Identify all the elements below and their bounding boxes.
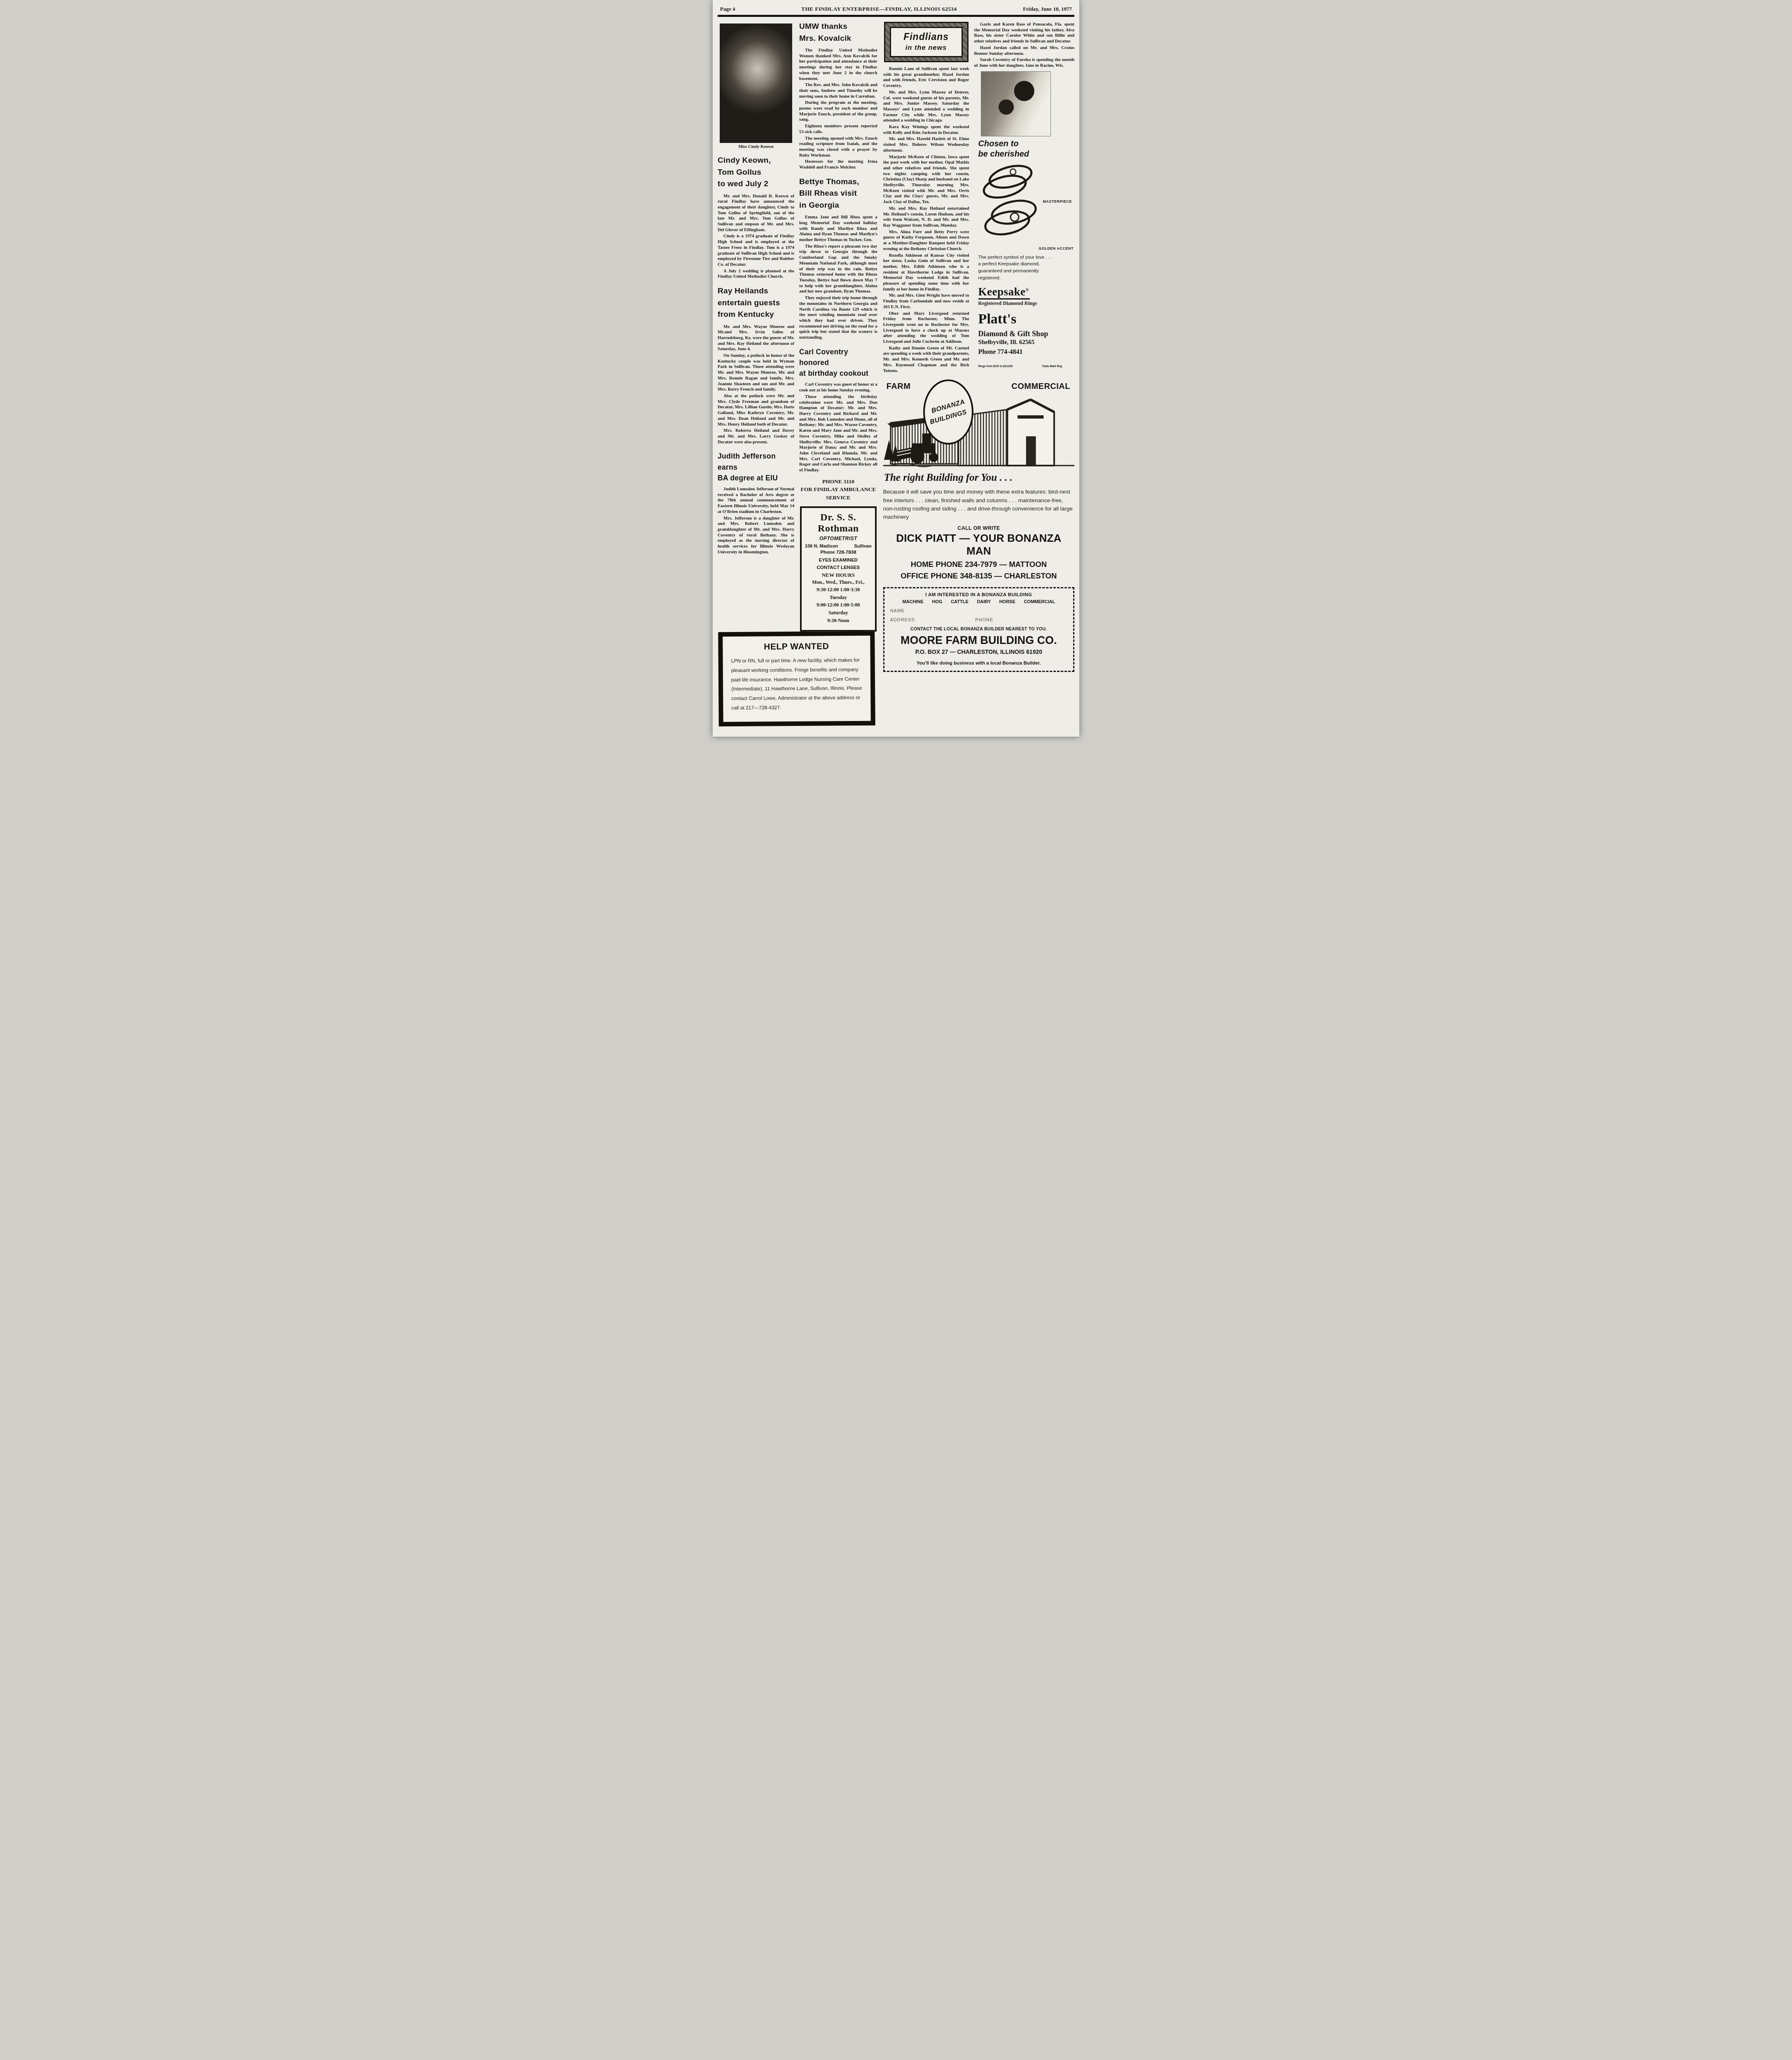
paragraph: Mrs. Alma Furr and Betty Perry were gues…: [883, 229, 969, 252]
rothman-role: OPTOMETRIST: [805, 536, 872, 541]
bonanza-buildings-logo: BONANZA BUILDINGS: [923, 379, 973, 445]
paragraph: Gayle and Karen Bass of Pensacola, Fla. …: [974, 22, 1074, 44]
help-wanted-body: LPN or RN, full or part time. A new faci…: [731, 655, 863, 713]
ambulance-notice: PHONE 3110 FOR FINDLAY AMBULANCE SERVICE: [799, 478, 877, 502]
barn-illustration: [883, 391, 1074, 469]
rothman-service: EYES EXAMINED: [805, 557, 872, 564]
bonanza-commercial-label: COMMERCIAL: [1011, 382, 1070, 391]
ring-label-golden-accent: GOLDEN ACCENT: [1039, 246, 1074, 250]
paragraph: Mrs. Jefferson is a daughter of Mr. and …: [718, 516, 794, 555]
paragraph: They enjoyed their trip home through the…: [799, 295, 877, 341]
coupon-company-address: P.O. BOX 27 — CHARLESTON, ILLINOIS 61920: [890, 648, 1067, 655]
paragraph: Those attending the birthday celebration…: [799, 394, 877, 473]
keepsake-logo: Keepsake®: [978, 286, 1030, 300]
paragraph: Sarah Coventry of Eureka is spending the…: [974, 57, 1074, 68]
rothman-ad: Dr. S. S. Rothman OPTOMETRIST 106 N. Mad…: [800, 506, 877, 632]
paragraph: On Sunday, a potluck in honor of the Ken…: [718, 353, 794, 393]
ad-headline: Chosen to be cherished: [978, 139, 1074, 159]
keepsake-ad: Chosen to be cherished: [974, 70, 1074, 368]
paragraph: Cindy is a 1974 graduate of Findlay High…: [718, 234, 794, 267]
headline-heilands: Ray Heilands entertain guests from Kentu…: [718, 286, 794, 321]
newspaper-page: Page 4 THE FINDLAY ENTERPRISE—FINDLAY, I…: [713, 0, 1079, 737]
coupon-contact-line: CONTACT THE LOCAL BONANZA BUILDER NEARES…: [890, 627, 1067, 632]
paragraph: Mr. and Mrs. Ray Heiland entertained Mr.…: [883, 206, 969, 229]
paragraph: Kathy and Donnie Green of Mt. Carmel are…: [883, 346, 969, 374]
paragraph: Mrs. Roberta Heiland and Davey and Mr. a…: [718, 428, 794, 445]
ad-couple-photo: [981, 71, 1051, 136]
bonanza-tagline: The right Building for You . . .: [884, 472, 1074, 484]
issue-date: Friday, June 10, 1977: [1023, 6, 1072, 12]
rothman-hours-line: Tuesday: [805, 594, 872, 602]
bonanza-ad: FARM COMMERCIAL BONANZA BUILDINGS: [883, 380, 1074, 581]
paragraph: The Rev. and Mrs. John Kovalcik and thei…: [799, 82, 877, 99]
bonanza-coupon: I AM INTERESTED IN A BONANZA BUILDING MA…: [883, 587, 1074, 672]
paragraph: Ronnie Lane of Sullivan spent last week …: [883, 66, 969, 89]
rothman-city: Sullivan: [854, 544, 871, 549]
paragraph: Eighteen members present reported 53 sic…: [799, 124, 877, 135]
bonanza-body: Because it will save you time and money …: [883, 488, 1074, 521]
paragraph: Mr. and Mrs. Glen Wright have moved to F…: [883, 293, 969, 310]
headline-cookout: Carl Coventry honored at birthday cookou…: [799, 346, 877, 379]
paragraph: The Findlay United Methodist Women thank…: [799, 48, 877, 82]
newspaper-title: THE FINDLAY ENTERPRISE—FINDLAY, ILLINOIS…: [801, 6, 957, 12]
findlians-title: Findlians: [893, 31, 960, 42]
store-line: Shelbyville, Ill. 62565: [978, 339, 1074, 346]
bonanza-office-phone: OFFICE PHONE 348-8135 — CHARLESTON: [883, 571, 1074, 581]
ambulance-phone: PHONE 3110: [799, 478, 877, 486]
coupon-name-field: NAME: [890, 609, 1067, 613]
paragraph: Mr. and Mrs. Donald R. Keown of rural Fi…: [718, 194, 794, 233]
paragraph: Judith Lumsden Jefferson of Normal recei…: [718, 487, 794, 515]
rothman-phone: Phone 728-7838: [805, 549, 872, 556]
paragraph: A July 2 wedding is planned at the Findl…: [718, 269, 794, 280]
paragraph: Mr. and Mrs. Lynn Massey of Denver, Col.…: [883, 90, 969, 124]
ambulance-service: FOR FINDLAY AMBULANCE SERVICE: [799, 485, 877, 501]
headline-wedding: Cindy Keown, Tom Gollus to wed July 2: [718, 155, 794, 190]
paragraph: Mr. and Mrs. Harold Haslett of St. Elmo …: [883, 136, 969, 153]
rothman-hours-line: 9:00-12:00 1:00-5:00: [805, 601, 872, 609]
keepsake-sub: Registered Diamond Rings: [978, 300, 1074, 307]
store-line: Diamond & Gift Shop: [978, 330, 1074, 338]
rothman-address: 106 N. Madison: [805, 544, 838, 549]
ring-label-masterpiece: MASTERPIECE: [1043, 199, 1072, 204]
coupon-phone-field: PHONE: [975, 618, 993, 623]
paragraph: The Rhea's report a pleasant two day tri…: [799, 244, 877, 295]
paragraph: Kara Kay Winings spent the weekend with …: [883, 124, 969, 136]
paragraph: Ober and Mary Livergood returned Friday …: [883, 311, 969, 345]
findlians-subtitle: in the news: [893, 44, 960, 52]
ad-fineprint-trademark: Trade-Mark Reg.: [1042, 365, 1063, 368]
coupon-interest-line: I AM INTERESTED IN A BONANZA BUILDING: [890, 592, 1067, 597]
paragraph: Marjorie McKeen of Clinton, Iowa spent t…: [883, 154, 969, 205]
photo-caption: Miss Cindy Keown: [718, 145, 794, 149]
rothman-hours-line: Saturday: [805, 609, 872, 617]
rothman-hours-line: Mon., Wed., Thurs., Fri.,: [805, 578, 872, 586]
bonanza-dealer-name: DICK PIATT — YOUR BONANZA MAN: [883, 532, 1074, 557]
coupon-address-field: ADDRESS: [890, 618, 915, 623]
coupon-company-name: MOORE FARM BUILDING CO.: [890, 634, 1067, 647]
bonanza-farm-label: FARM: [887, 382, 911, 391]
column-2: UMW thanks Mrs. Kovalcik The Findlay Uni…: [799, 21, 877, 632]
paragraph: Emma Jane and Bill Rhea spent a long Mem…: [799, 215, 877, 243]
rothman-name: Dr. S. S. Rothman: [805, 512, 872, 534]
rothman-service: CONTACT LENSES: [805, 564, 872, 571]
column-3: Findlians in the news Ronnie Lane of Sul…: [883, 21, 969, 375]
rothman-hours-line: 9:30-12:00 1:00-3:30: [805, 586, 872, 594]
paragraph: The meeting opened with Mrs. Enoch readi…: [799, 136, 877, 159]
store-name: Platt's: [978, 311, 1074, 327]
bonanza-home-phone: HOME PHONE 234-7979 — MATTOON: [883, 560, 1074, 569]
coupon-building-types: MACHINE HOG CATTLE DAIRY HORSE COMMERCIA…: [890, 599, 1067, 604]
help-wanted-title: HELP WANTED: [731, 641, 862, 652]
rothman-hours-title: NEW HOURS: [805, 572, 872, 578]
findlians-box: Findlians in the news: [884, 22, 969, 62]
masthead: Page 4 THE FINDLAY ENTERPRISE—FINDLAY, I…: [718, 4, 1074, 17]
paragraph: Also at the potluck were Mr. and Mrs. Cl…: [718, 393, 794, 427]
column-1: Miss Cindy Keown Cindy Keown, Tom Gollus…: [718, 21, 794, 632]
paragraph: Mr. and Mrs. Wayne Monroe and Mr.and Mrs…: [718, 324, 794, 353]
column-4: Gayle and Karen Bass of Pensacola, Fla. …: [974, 21, 1074, 375]
paragraph: Rozella Atkinson of Kansas City visited …: [883, 253, 969, 293]
paragraph: Hostesses for the meeting Irma Waddell a…: [799, 159, 877, 170]
paragraph: Carl Coventry was guest of honor at a co…: [799, 382, 877, 393]
page-number: Page 4: [720, 6, 735, 12]
paragraph: During the program at the meeting, poems…: [799, 100, 877, 123]
bonanza-call-or-write: CALL OR WRITE: [883, 525, 1074, 531]
ad-fineprint-prices: Rings from $100 to $10,000: [978, 365, 1013, 368]
headline-georgia: Bettye Thomas, Bill Rheas visit in Georg…: [799, 176, 877, 212]
store-phone: Phone 774-4841: [978, 349, 1074, 356]
headline-jefferson: Judith Jefferson earns BA degree at EIU: [718, 451, 794, 483]
rothman-hours-line: 9:30-Noon: [805, 617, 872, 625]
cindy-keown-photo: [720, 23, 792, 143]
paragraph: Hazel Jordan called on Mr. and Mrs. Crat…: [974, 45, 1074, 56]
coupon-tagline: You'll like doing business with a local …: [890, 661, 1067, 666]
headline-umw: UMW thanks Mrs. Kovalcik: [799, 21, 877, 44]
help-wanted-ad: HELP WANTED LPN or RN, full or part time…: [718, 631, 875, 726]
ad-body: The perfect symbol of your love . . . a …: [978, 254, 1055, 282]
bonanza-illustration: FARM COMMERCIAL BONANZA BUILDINGS: [883, 380, 1074, 469]
